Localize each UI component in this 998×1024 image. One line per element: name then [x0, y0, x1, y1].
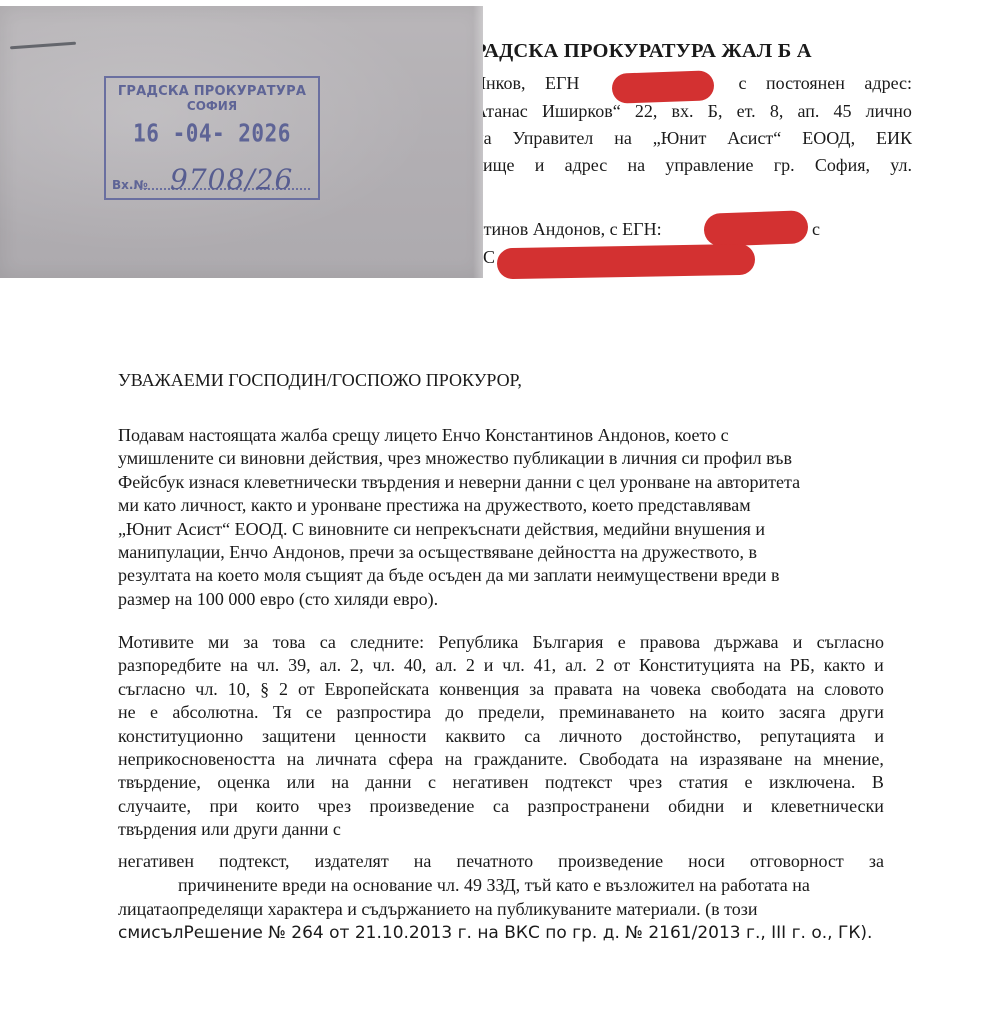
word: е: [150, 701, 158, 724]
stamp-date: 16 -04- 2026: [106, 119, 318, 148]
pen-mark: [10, 42, 76, 50]
word: на: [689, 701, 707, 724]
word: правова: [640, 631, 700, 654]
word: на: [230, 654, 248, 677]
word: с: [428, 771, 436, 794]
word: са: [320, 631, 336, 654]
word: абсолютна.: [172, 701, 258, 724]
word: ал.: [565, 654, 587, 677]
word: и: [484, 654, 494, 677]
complainant-line-2: Атанас Иширков“ 22, вх. Б, ет. 8, ап. 45…: [474, 101, 912, 122]
redaction-mark: [703, 210, 808, 247]
word: не: [118, 701, 136, 724]
word: са: [524, 725, 540, 748]
word: ЕИК: [876, 128, 912, 149]
word: чл.: [372, 654, 395, 677]
stamp-office: ГРАДСКА ПРОКУРАТУРА: [106, 84, 318, 99]
word: ал.: [320, 654, 342, 677]
word: подтекст,: [219, 850, 289, 874]
word: свободата: [711, 678, 787, 701]
word: Република: [438, 631, 518, 654]
greeting: УВАЖАЕМИ ГОСПОДИН/ГОСПОЖО ПРОКУРОР,: [118, 370, 522, 391]
word: засяга: [779, 701, 826, 724]
word: изразяване: [699, 748, 782, 771]
word: неприкосновеността: [118, 748, 275, 771]
word: чл.: [257, 654, 280, 677]
word: за: [869, 850, 884, 874]
text-line: размер на 100 000 евро (сто хиляди евро)…: [118, 588, 884, 611]
word: на: [627, 155, 645, 176]
word: на: [445, 748, 463, 771]
word: ап.: [797, 101, 819, 122]
word: е: [618, 631, 626, 654]
redaction-mark: [612, 70, 715, 104]
text-line: конституционнозащитениценностикаквитосал…: [118, 725, 884, 748]
word: държава: [714, 631, 778, 654]
word: адрес: [565, 155, 608, 176]
text-line: твърдения или други данни с: [118, 818, 884, 841]
word: гражданите.: [474, 748, 568, 771]
stamp-city: СОФИЯ: [106, 99, 318, 113]
word: изключена.: [769, 771, 855, 794]
word: 2: [466, 654, 475, 677]
word: 8,: [770, 101, 784, 122]
word: ценности: [355, 725, 427, 748]
word: 41,: [534, 654, 557, 677]
text-line: резултата на което моля същият да бъде о…: [118, 564, 884, 587]
word: каквито: [445, 725, 505, 748]
text-line: причинените вреди на основание чл. 49 ЗЗ…: [118, 874, 884, 898]
word: произведение: [558, 850, 663, 874]
word: защитени: [262, 725, 336, 748]
word: „Юнит: [653, 128, 707, 149]
text-line: умишлените си виновни действия, чрез мно…: [118, 447, 884, 470]
word: и: [874, 725, 884, 748]
word: случаите,: [118, 795, 191, 818]
word: данни: [365, 771, 411, 794]
word: лично: [866, 101, 912, 122]
word: съгласно: [118, 678, 185, 701]
word: от: [298, 678, 315, 701]
word: на: [763, 654, 781, 677]
word: на: [287, 748, 305, 771]
word: следните:: [350, 631, 424, 654]
word: чл.: [195, 678, 218, 701]
word: печатното: [456, 850, 533, 874]
word: Свободата: [579, 748, 659, 771]
word: обидни: [668, 795, 724, 818]
word: Б,: [708, 101, 723, 122]
redaction-mark: [497, 244, 756, 279]
word: за: [243, 631, 258, 654]
respondent-line-1-end: с: [812, 219, 820, 240]
word: се: [306, 701, 322, 724]
word: вх.: [672, 101, 694, 122]
word: 40,: [404, 654, 427, 677]
word: както: [824, 654, 866, 677]
word: 22,: [635, 101, 658, 122]
word: Мотивите: [118, 631, 194, 654]
word: 2: [596, 654, 605, 677]
word: клеветнически: [771, 795, 884, 818]
text-line: ми като личност, както и уронване прести…: [118, 494, 884, 517]
word: Тя: [273, 701, 292, 724]
text-line: манипулации, Енчо Андонов, пречи за осъщ…: [118, 541, 884, 564]
respondent-line-1: нтинов Андонов, с ЕГН:: [474, 219, 662, 240]
word: твърдение,: [118, 771, 201, 794]
word: носи: [688, 850, 725, 874]
word: на: [670, 748, 688, 771]
text-line: Мотивитемизатовасаследните:РепубликаБълг…: [118, 631, 884, 654]
word: за: [529, 678, 544, 701]
word: В: [872, 771, 884, 794]
word: 45: [833, 101, 851, 122]
text-line: неприкосновеносттаналичнатасферанагражда…: [118, 748, 884, 771]
word: или: [287, 771, 315, 794]
word: това: [273, 631, 306, 654]
word: съгласно: [817, 631, 884, 654]
word: при: [209, 795, 237, 818]
word: репутацията: [760, 725, 855, 748]
document-title: РАДСКА ПРОКУРАТУРА ЖАЛ Б А: [474, 40, 812, 63]
text-line: лицатаопределящи характера и съдържаниет…: [118, 898, 884, 922]
word: преминаването: [559, 701, 675, 724]
word: гр.: [774, 155, 795, 176]
paragraph-liability: негативенподтекст,издателятнапечатнотопр…: [118, 850, 884, 946]
word: 39,: [288, 654, 311, 677]
word: на: [414, 850, 432, 874]
word: личното: [559, 725, 622, 748]
word: на: [794, 748, 812, 771]
word: Управител: [513, 128, 594, 149]
word: 2,: [350, 654, 364, 677]
word: оценка: [217, 771, 270, 794]
word: отговорност: [750, 850, 844, 874]
word: Иширков“: [542, 101, 621, 122]
word: до: [446, 701, 464, 724]
word: конституционно: [118, 725, 243, 748]
word: 10,: [228, 678, 251, 701]
word: сфера: [388, 748, 433, 771]
word: чрез: [318, 795, 351, 818]
registry-stamp: ГРАДСКА ПРОКУРАТУРА СОФИЯ 16 -04- 2026 В…: [104, 76, 320, 200]
text-line: твърдение,оценкаилинаданниснегативенподт…: [118, 771, 884, 794]
word: и: [743, 795, 753, 818]
text-line: разпоредбитеначл.39,ал.2,чл.40,ал.2ичл.4…: [118, 654, 884, 677]
stamp-photo-overlay: ГРАДСКА ПРОКУРАТУРА СОФИЯ 16 -04- 2026 В…: [0, 6, 483, 278]
word: адрес:: [864, 73, 912, 94]
word: достойнство,: [641, 725, 741, 748]
paragraph-motives: Мотивитемизатовасаследните:РепубликаБълг…: [118, 631, 884, 842]
word: издателят: [315, 850, 389, 874]
word: е: [744, 771, 752, 794]
word: мнение,: [823, 748, 884, 771]
word: разпростира: [336, 701, 431, 724]
word: негативен: [452, 771, 528, 794]
word: правата: [554, 678, 612, 701]
word: на: [331, 771, 349, 794]
complainant-line-4: лище и адрес на управление гр. София, ул…: [474, 155, 912, 176]
word: и: [793, 631, 803, 654]
word: Европейската: [324, 678, 429, 701]
text-line: съгласночл.10,§2отЕвропейскатаконвенцияз…: [118, 678, 884, 701]
word: Конституцията: [639, 654, 754, 677]
text-line: Фейсбук изнася клеветнически твърдения и…: [118, 471, 884, 494]
word: ет.: [737, 101, 756, 122]
word: произведение: [370, 795, 475, 818]
word: София,: [815, 155, 870, 176]
stamp-incoming-number: 9708/26: [170, 163, 293, 196]
word: от: [613, 654, 630, 677]
word: които: [256, 795, 299, 818]
complainant-line-3: на Управител на „Юнит Асист“ ЕООД, ЕИК: [474, 128, 912, 149]
word: негативен: [118, 850, 194, 874]
word: България: [533, 631, 604, 654]
word: постоянен: [766, 73, 845, 94]
word: човека: [650, 678, 701, 701]
word: конвенция: [439, 678, 519, 701]
word: други: [840, 701, 884, 724]
word: които: [721, 701, 764, 724]
word: чрез: [629, 771, 662, 794]
word: чл.: [502, 654, 525, 677]
paragraph-complaint: Подавам настоящата жалба срещу лицето Ен…: [118, 424, 884, 611]
word: 2: [279, 678, 288, 701]
word: с: [738, 73, 746, 94]
word: са: [493, 795, 509, 818]
text-line: смисълРешение № 264 от 21.10.2013 г. на …: [118, 922, 884, 946]
text-line: нееабсолютна.Тясеразпростирадопредели,пр…: [118, 701, 884, 724]
word: и: [874, 654, 884, 677]
word: ми: [208, 631, 229, 654]
word: §: [260, 678, 269, 701]
word: разпоредбите: [118, 654, 221, 677]
word: РБ,: [790, 654, 815, 677]
word: на: [623, 678, 641, 701]
word: личната: [316, 748, 377, 771]
word: предели,: [478, 701, 545, 724]
word: Асист“: [727, 128, 781, 149]
text-line: Подавам настоящата жалба срещу лицето Ен…: [118, 424, 884, 447]
word: разпространени: [528, 795, 650, 818]
word: ул.: [890, 155, 912, 176]
word: словото: [824, 678, 884, 701]
text-line: негативенподтекст,издателятнапечатнотопр…: [118, 850, 884, 874]
word: на: [797, 678, 815, 701]
word: ал.: [435, 654, 457, 677]
text-line: случаите,прикоиточрезпроизведениесаразпр…: [118, 795, 884, 818]
word: подтекст: [545, 771, 612, 794]
word: ЕООД,: [802, 128, 855, 149]
word: управление: [665, 155, 753, 176]
word: на: [614, 128, 632, 149]
word: статия: [679, 771, 728, 794]
word: и: [535, 155, 545, 176]
text-line: „Юнит Асист“ ЕООД. С виновните си непрек…: [118, 518, 884, 541]
word: ЕГН: [545, 73, 579, 94]
